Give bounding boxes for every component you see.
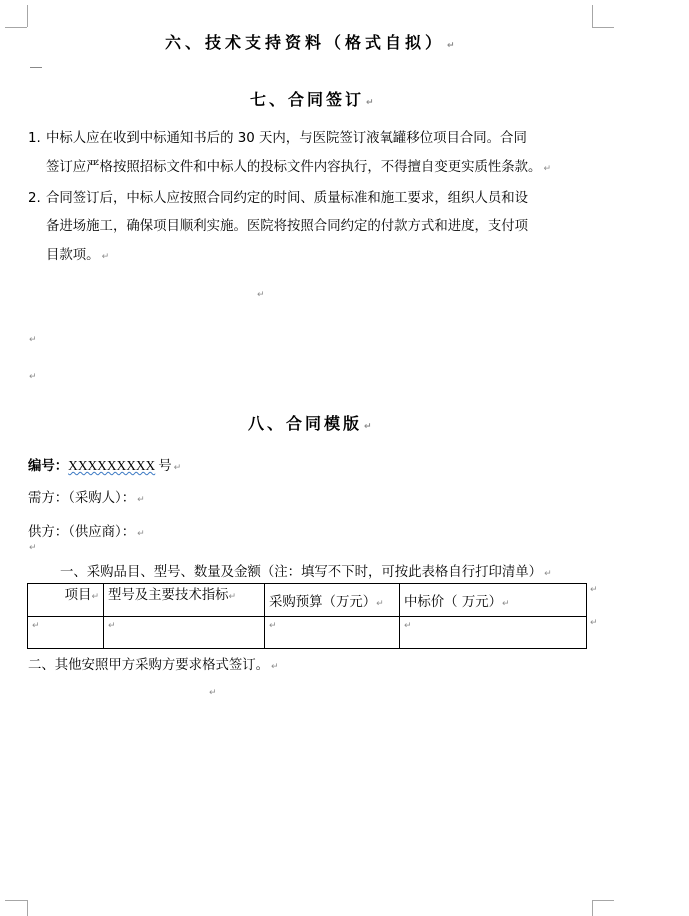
buyer-line: 需方：（采购人）：↵: [28, 490, 145, 509]
list-item-1: 1.中标人应在收到中标通知书后的 30 天内，与医院签订液氧罐移位项目合同。合同: [28, 130, 527, 148]
paragraph-mark-icon: ↵: [364, 422, 375, 432]
contract-number: 编号：XXXXXXXXX号↵: [28, 457, 181, 477]
supplier-line: 供方：（供应商）：↵: [28, 524, 145, 543]
paragraph-mark-icon: ↵: [366, 98, 377, 108]
paragraph-mark-icon: ↵: [209, 688, 217, 698]
list-item-2: 2.合同签订后，中标人应按照合同约定的时间、质量标准和施工要求，组织人员和设: [28, 190, 528, 208]
paragraph-mark-icon: ↵: [29, 372, 37, 382]
table-cell[interactable]: ↵: [400, 617, 587, 649]
table-cell[interactable]: ↵: [28, 617, 104, 649]
paragraph-mark-icon: ↵: [102, 252, 110, 262]
paragraph-mark-icon: ↵: [543, 164, 551, 174]
paragraph-mark-icon: ↵: [257, 290, 265, 300]
row-end-mark-icon: ↵: [590, 585, 598, 595]
list-number: 2.: [28, 190, 46, 208]
crop-mark-bottom-left-h: [5, 900, 27, 901]
paragraph-mark-icon: ↵: [137, 495, 145, 505]
list-item-1-line-2: 签订应严格按照招标文件和中标人的投标文件内容执行，不得擅自变更实质性条款。↵: [46, 159, 551, 178]
paragraph-mark-icon: ↵: [544, 569, 552, 579]
table-cell[interactable]: ↵: [104, 617, 265, 649]
table-caption: 一、采购品目、型号、数量及金额（注：填写不下时，可按此表格自行打印清单）↵: [60, 564, 552, 583]
table-header-cell: 中标价（ 万元）↵: [400, 584, 587, 617]
crop-mark-top-left-v: [27, 5, 28, 27]
list-item-2-line-2: 备进场施工，确保项目顺利实施。医院将按照合同约定的付款方式和进度，支付项: [46, 218, 528, 236]
paragraph-mark-icon: ↵: [447, 41, 459, 51]
dash-mark: [30, 67, 42, 68]
heading-section-8: 八、合同模版↵: [248, 414, 375, 437]
row-end-mark-icon: ↵: [590, 618, 598, 628]
heading-section-6: 六、技术支持资料（格式自拟）↵: [165, 33, 459, 56]
crop-mark-top-right-v: [592, 5, 593, 27]
paragraph-mark-icon: ↵: [29, 335, 37, 345]
crop-mark-bottom-right-h: [592, 900, 614, 901]
list-number: 1.: [28, 130, 46, 148]
procurement-table: 项目↵ 型号及主要技术指标↵ 采购预算（万元）↵ 中标价（ 万元）↵ ↵ ↵ ↵…: [27, 583, 587, 649]
table-header-cell: 型号及主要技术指标↵: [104, 584, 265, 617]
table-header-cell: 采购预算（万元）↵: [265, 584, 400, 617]
paragraph-mark-icon: ↵: [271, 662, 279, 672]
table-cell[interactable]: ↵: [265, 617, 400, 649]
crop-mark-top-right-h: [592, 27, 614, 28]
contract-number-value: XXXXXXXXX: [68, 458, 155, 473]
table-header-row: 项目↵ 型号及主要技术指标↵ 采购预算（万元）↵ 中标价（ 万元）↵: [28, 584, 587, 617]
crop-mark-bottom-left-v: [27, 900, 28, 916]
paragraph-mark-icon: ↵: [29, 543, 37, 553]
paragraph-mark-icon: ↵: [137, 529, 145, 539]
list-item-2-line-3: 目款项。↵: [46, 247, 109, 266]
crop-mark-top-left-h: [5, 27, 27, 28]
heading-section-7: 七、合同签订↵: [250, 90, 377, 113]
table-row: ↵ ↵ ↵ ↵: [28, 617, 587, 649]
other-terms: 二、其他安照甲方采购方要求格式签订。↵: [28, 657, 279, 676]
crop-mark-bottom-right-v: [592, 900, 593, 916]
table-header-cell: 项目↵: [28, 584, 104, 617]
paragraph-mark-icon: ↵: [174, 463, 182, 473]
